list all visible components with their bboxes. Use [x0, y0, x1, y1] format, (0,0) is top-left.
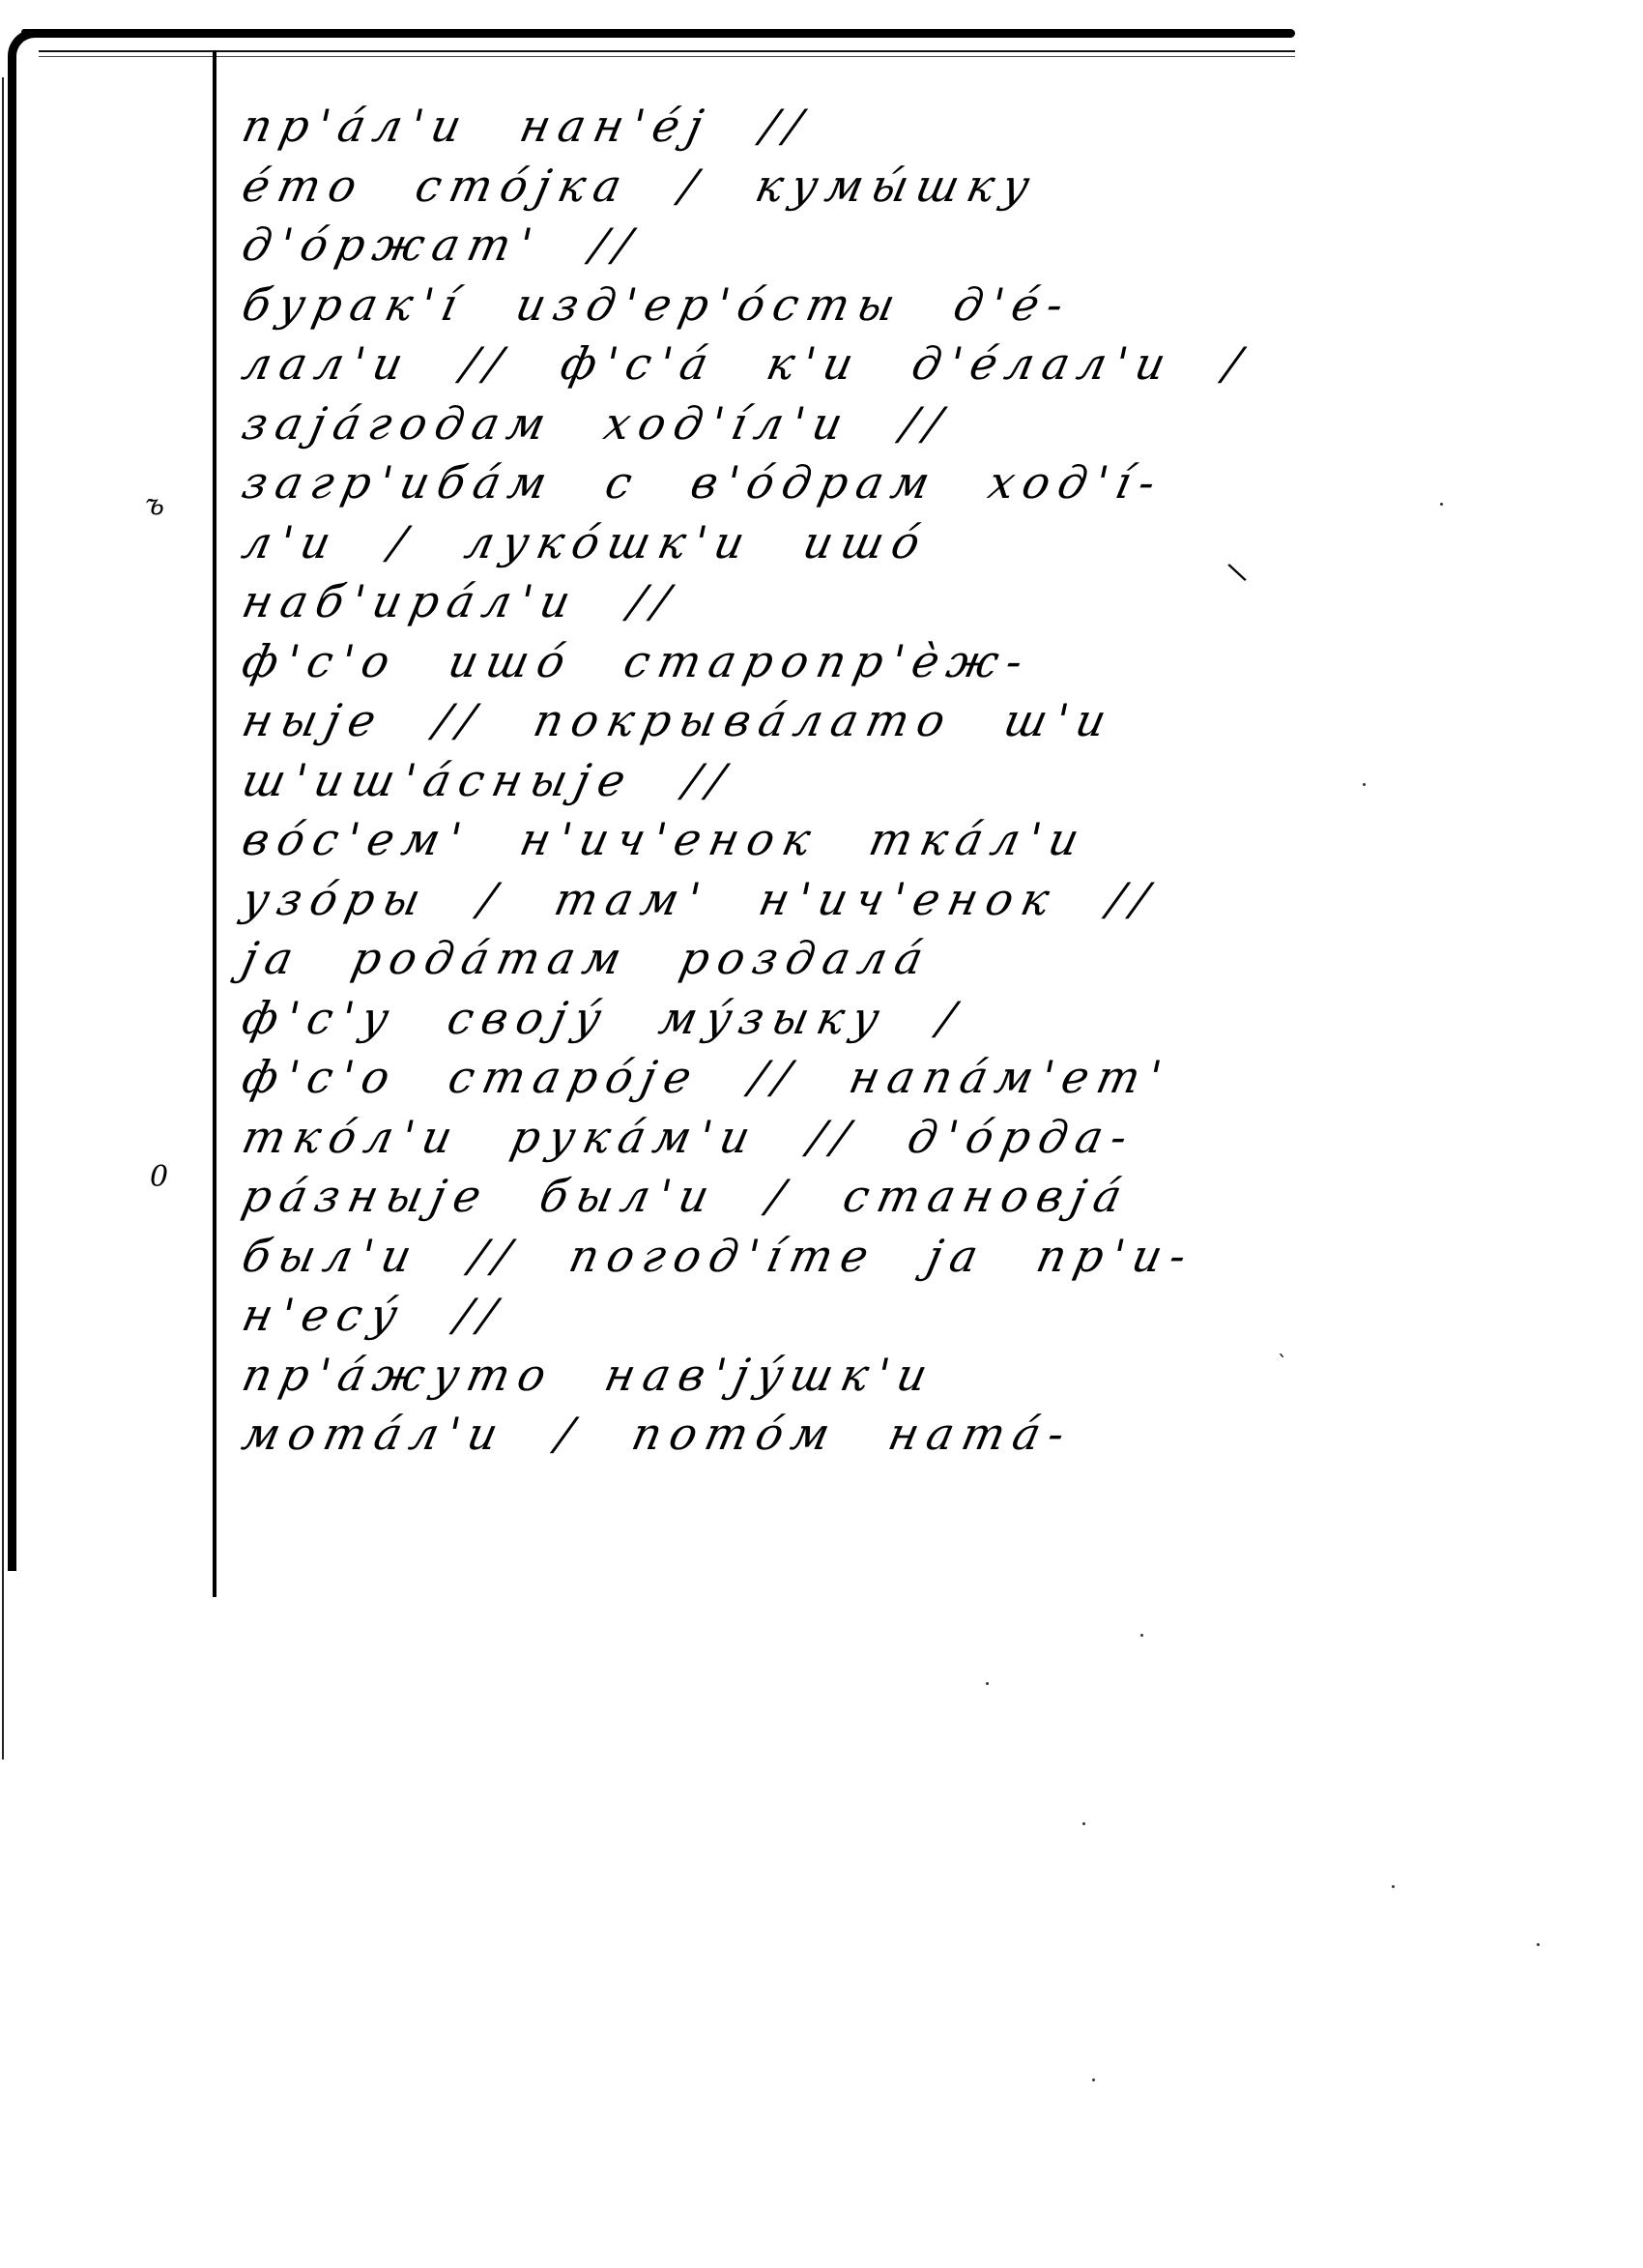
- text-line: мотáл'и / потóм натá-: [237, 1405, 1312, 1465]
- text-line: вóс'ем' н'ич'енок ткáл'и: [237, 810, 1312, 870]
- notebook-page: ъ 0 пр'áл'и нан'éj // éто стójка / кумы́…: [0, 0, 1643, 2268]
- text-line: д'óржат' //: [237, 216, 1312, 276]
- scan-speck: [1440, 503, 1443, 506]
- text-line: бурак'í изд'ер'óсты д'é-: [237, 276, 1312, 335]
- text-line: пр'áл'и нан'éj //: [237, 97, 1312, 157]
- text-line: ныjе // покрывáлато ш'и: [237, 691, 1312, 751]
- top-border-line: [21, 29, 1295, 38]
- text-line: наб'ирáл'и //: [237, 572, 1312, 632]
- text-line: ф'с'у своjý мýзыку /: [237, 989, 1312, 1049]
- left-page-edge: [2, 77, 4, 1759]
- scan-speck: [1082, 1822, 1085, 1825]
- scan-speck: [1140, 1634, 1143, 1637]
- text-line: ш'иш'áсныjе //: [237, 751, 1312, 811]
- left-binding-edge: [8, 58, 16, 1571]
- text-line: загр'ибáм с в'óдрам ход'í-: [237, 453, 1312, 513]
- text-line: jа родáтам роздалá: [237, 929, 1312, 989]
- scan-speck: [1092, 2079, 1095, 2081]
- margin-mark-2: 0: [150, 1160, 168, 1194]
- text-line: ф'с'о ишó старопр'ѐж-: [237, 632, 1312, 692]
- text-line: л'и / лукóшк'и ишó: [237, 513, 1312, 573]
- text-line: éто стójка / кумы́шку: [237, 157, 1312, 217]
- text-line: заjáгодам ход'íл'и //: [237, 394, 1312, 454]
- scan-speck: [1537, 1943, 1540, 1946]
- top-rule-line: [39, 50, 1295, 52]
- stray-mark-2: ˎ: [1278, 1334, 1287, 1357]
- scan-speck: [986, 1682, 989, 1685]
- scan-speck: [1363, 783, 1366, 786]
- text-line: ф'с'о старójе // напáм'ет': [237, 1048, 1312, 1108]
- text-line: н'есý //: [237, 1286, 1312, 1346]
- scan-speck: [1392, 1885, 1395, 1888]
- margin-mark-1: ъ: [145, 488, 164, 522]
- text-line: лал'и // ф'с'á к'и д'éлал'и /: [237, 334, 1312, 394]
- text-line: пр'áжуто нав'jýшк'и: [237, 1346, 1312, 1406]
- text-line: узóры / там' н'ич'енок //: [237, 870, 1312, 930]
- handwritten-text-block: пр'áл'и нан'éj // éто стójка / кумы́шку …: [237, 97, 1300, 1465]
- margin-rule: [213, 50, 216, 1597]
- text-line: ткóл'и рукáм'и // д'óрда-: [237, 1108, 1312, 1168]
- text-line: рáзныjе был'и / становjá: [237, 1167, 1312, 1227]
- text-line: был'и // погод'íте jа пр'и-: [237, 1227, 1312, 1287]
- top-rule-line-secondary: [39, 56, 1295, 57]
